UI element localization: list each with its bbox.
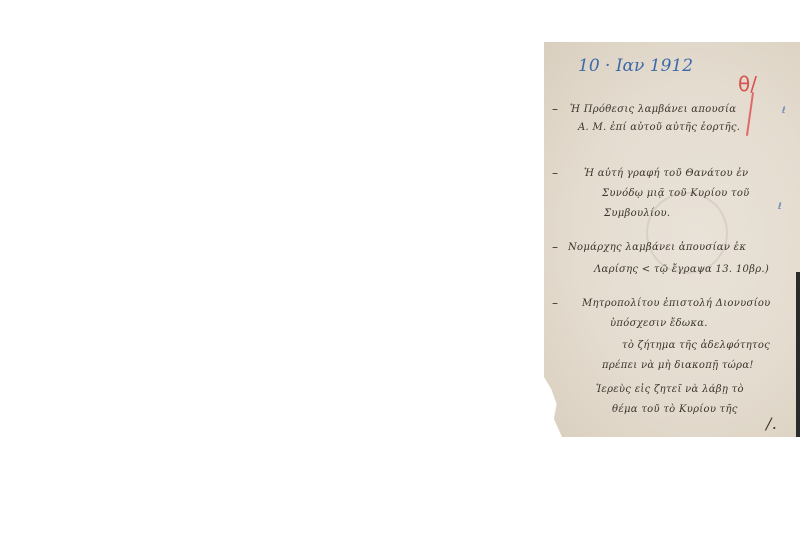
bullet-dash: – — [552, 166, 558, 180]
date-annotation: 10 · Ιαν 1912 — [578, 56, 693, 76]
entry-2-line-2: Συνόδῳ μιᾷ τοῦ Κυρίου τοῦ — [602, 188, 750, 199]
blue-check-mark: ℓ — [778, 202, 782, 212]
entry-4-line-5: Ἱερεὺς εἰς ζητεῖ νὰ λάβῃ τὸ — [596, 384, 744, 395]
entry-1-line-1: Ἡ Πρόθεσις λαμβάνει απουσία — [570, 104, 736, 115]
entry-4-line-2: ὑπόσχεσιν ἔδωκα. — [610, 318, 708, 329]
entry-4-line-4: πρέπει νὰ μὴ διακοπῇ τώρα! — [602, 360, 754, 371]
scanned-letter-page: 10 · Ιαν 1912 θ/ – Ἡ Πρόθεσις λαμβάνει α… — [544, 42, 800, 437]
entry-2-line-1: Ἡ αὐτή γραφή τοῦ Θανάτου ἐν — [584, 168, 748, 179]
torn-corner — [544, 377, 562, 437]
bullet-dash: – — [552, 240, 558, 254]
bullet-dash: – — [552, 296, 558, 310]
entry-4-line-6: θέμα τοῦ τὸ Κυρίου τῆς — [612, 404, 738, 415]
bullet-dash: – — [552, 102, 558, 116]
faded-seal-stamp — [646, 192, 728, 274]
entry-3-line-2: Λαρίσης < τῷ ἔγραψα 13. 10βρ.) — [594, 264, 769, 275]
blue-check-mark: ℓ — [782, 106, 786, 116]
entry-4-line-1: Μητροπολίτου ἐπιστολή Διονυσίου — [582, 298, 771, 309]
entry-3-line-1: Νομάρχης λαμβάνει ἀπουσίαν ἐκ — [568, 242, 746, 253]
entry-2-line-3: Συμβουλίου. — [604, 208, 670, 219]
closing-slash-mark: /. — [766, 414, 777, 433]
entry-1-line-2: Α. Μ. ἐπί αὐτοῦ αὐτῆς ἐορτῆς. — [578, 122, 740, 133]
red-pencil-stroke — [746, 92, 754, 136]
red-reference-mark: θ/ — [738, 72, 757, 96]
entry-4-line-3: τὸ ζήτημα τῆς ἀδελφότητος — [622, 340, 770, 351]
